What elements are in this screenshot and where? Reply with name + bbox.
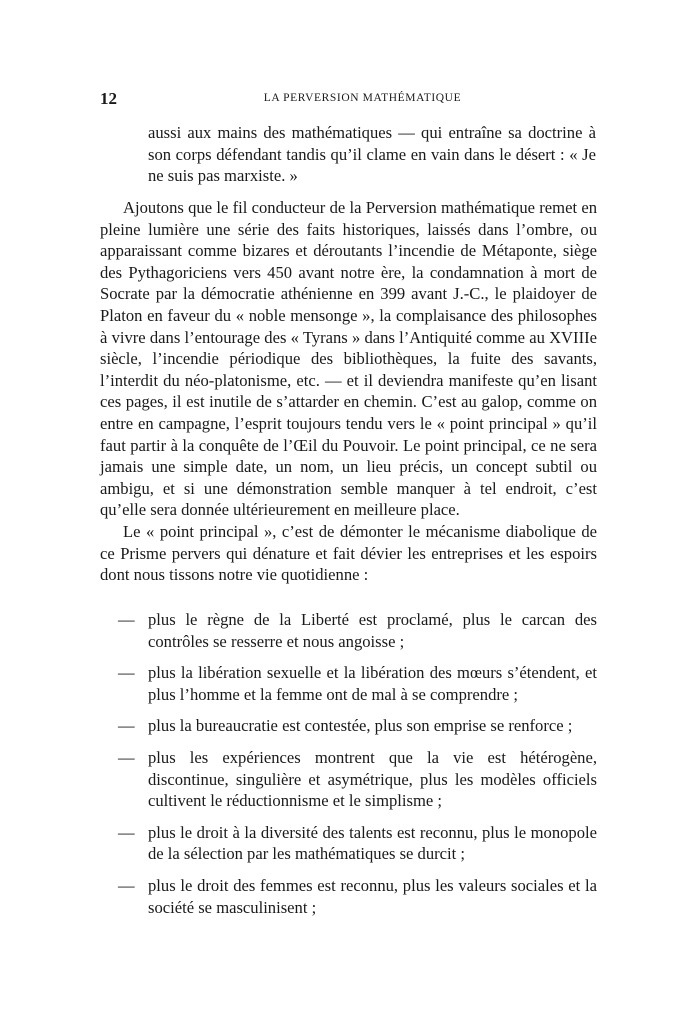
dash-list: — plus le règne de la Liberté est procla…: [118, 609, 597, 928]
quote-text: aussi aux mains des mathématiques — qui …: [148, 122, 596, 187]
list-item-text: plus le droit des femmes est reconnu, pl…: [148, 876, 597, 917]
dash-bullet: —: [118, 609, 135, 631]
paragraph: Le « point principal », c’est de démonte…: [100, 521, 597, 586]
dash-bullet: —: [118, 747, 135, 769]
list-item: — plus la bureaucratie est contestée, pl…: [118, 715, 597, 737]
dash-bullet: —: [118, 715, 135, 737]
list-item-text: plus la bureaucratie est contestée, plus…: [148, 716, 572, 735]
running-title: LA PERVERSION MATHÉMATIQUE: [100, 92, 597, 104]
body-text: Ajoutons que le fil conducteur de la Per…: [100, 197, 597, 586]
list-item-text: plus le droit à la diversité des talents…: [148, 823, 597, 864]
dash-bullet: —: [118, 662, 135, 684]
list-item: — plus la libération sexuelle et la libé…: [118, 662, 597, 705]
list-item: — plus le règne de la Liberté est procla…: [118, 609, 597, 652]
list-item: — plus le droit des femmes est reconnu, …: [118, 875, 597, 918]
list-item: — plus les expériences montrent que la v…: [118, 747, 597, 812]
list-item: — plus le droit à la diversité des talen…: [118, 822, 597, 865]
page-header: 12 LA PERVERSION MATHÉMATIQUE: [100, 89, 597, 111]
paragraph: Ajoutons que le fil conducteur de la Per…: [100, 197, 597, 521]
quote-block: aussi aux mains des mathématiques — qui …: [148, 122, 596, 187]
list-item-text: plus le règne de la Liberté est proclamé…: [148, 610, 597, 651]
dash-bullet: —: [118, 822, 135, 844]
list-item-text: plus la libération sexuelle et la libéra…: [148, 663, 597, 704]
dash-bullet: —: [118, 875, 135, 897]
list-item-text: plus les expériences montrent que la vie…: [148, 748, 597, 810]
